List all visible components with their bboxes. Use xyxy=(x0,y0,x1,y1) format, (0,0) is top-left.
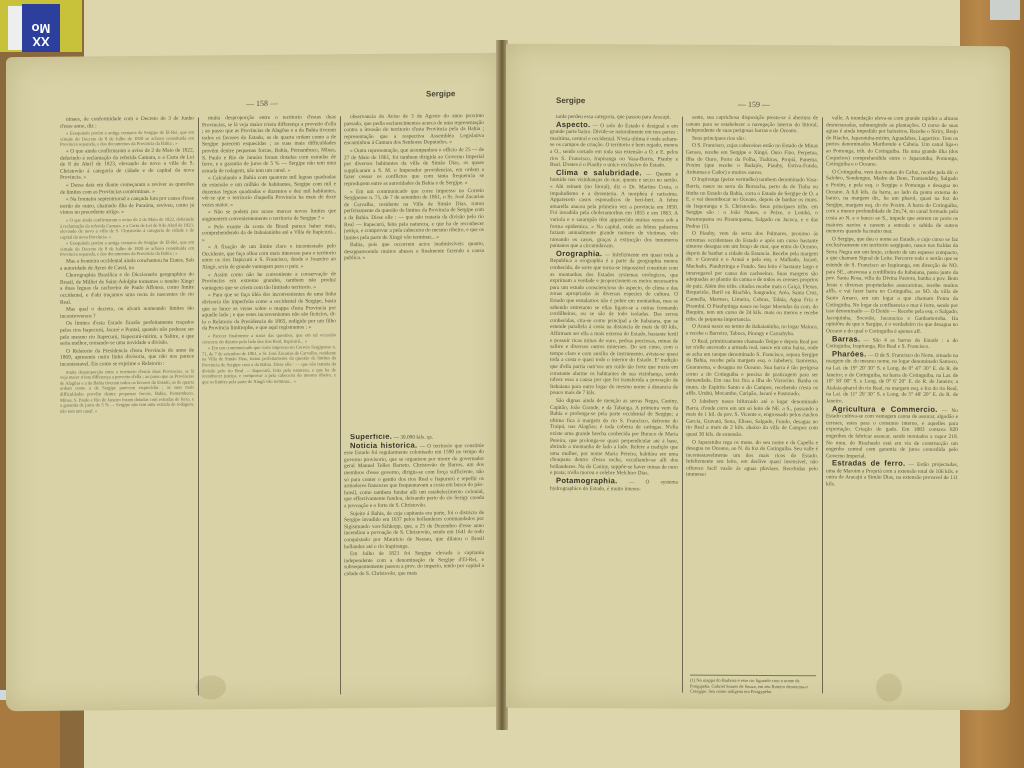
section-heading: Clima e salubridade. xyxy=(556,168,642,177)
product-box: XX Mo xyxy=(0,0,82,52)
section-heading: Pharóes. xyxy=(832,349,866,358)
column-rule xyxy=(340,116,341,694)
column-rule xyxy=(198,117,199,695)
column-rule xyxy=(682,117,683,693)
running-head-right: Sergipe xyxy=(556,96,585,105)
column-rule xyxy=(822,117,823,693)
section-heading: Noticia historica. xyxy=(350,440,417,450)
right-col-3: valle. A inundação eleva-se com grande r… xyxy=(826,115,958,696)
section-heading: Potamographia. xyxy=(556,476,618,485)
section-heading: Agricultura e Commercio. xyxy=(832,404,938,414)
page-number-right: — 159 — xyxy=(738,100,770,109)
right-col-1: tarde perdeu essa categoria, que passou … xyxy=(550,114,678,695)
page-number-left: — 158 — xyxy=(246,99,278,108)
left-col-1: ninaes, de conformidade com o Decreto de… xyxy=(60,116,194,697)
left-page: Sergipe — 158 — ninaes, de conformidade … xyxy=(6,53,502,711)
right-col-2: sante, sua caprichosa disposição presta-… xyxy=(686,115,818,672)
running-head-left: Sergipe xyxy=(426,89,455,98)
left-col-2: muita desproporção entre o territorio d'… xyxy=(202,114,336,695)
left-col-3-lower: Superficie. — 39.090 kils. qs. Noticia h… xyxy=(344,433,484,696)
box-label: XX Mo xyxy=(22,4,60,52)
section-heading: Estradas de ferro. xyxy=(832,459,905,468)
section-heading: Orographia. xyxy=(556,249,602,258)
footnote: (1) No mappa do Barbosa é esse rio figur… xyxy=(690,675,816,695)
section-heading: Aspecto. xyxy=(556,120,590,129)
section-heading: Barras. xyxy=(832,334,860,343)
paper-clip xyxy=(990,0,1020,20)
right-page: Sergipe — 159 — tarde perdeu essa catego… xyxy=(506,44,1010,711)
left-col-3: observancia do Aviso de 3 de Agosto do a… xyxy=(344,113,484,414)
